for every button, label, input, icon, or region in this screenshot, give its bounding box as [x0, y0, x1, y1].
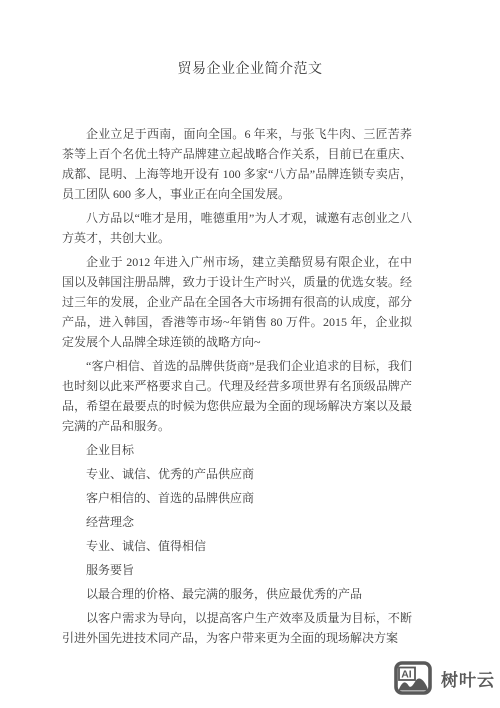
- watermark: AI 树叶云: [394, 661, 495, 695]
- paragraph-customer-orientation: 以客户需求为导向，以提高客户生产效率及质量为目标，不断引进外国先进技术同产品，为…: [62, 608, 412, 648]
- paragraph-goal-item-1: 专业、诚信、优秀的产品供应商: [62, 464, 412, 484]
- paragraph-company-intro: 企业立足于西南，面向全国。6 年来，与张飞牛肉、三匠苦荞茶等上百个名优土特产品牌…: [62, 124, 412, 204]
- paragraph-market-history: 企业于 2012 年进入广州市场，建立美酷贸易有限企业，在中国以及韩国注册品牌，…: [62, 252, 412, 352]
- paragraph-philosophy-item: 专业、诚信、值得相信: [62, 536, 412, 556]
- document-page: 贸易企业企业简介范文 企业立足于西南，面向全国。6 年来，与张飞牛肉、三匠苦荞茶…: [0, 0, 500, 708]
- document-body: 企业立足于西南，面向全国。6 年来，与张飞牛肉、三匠苦荞茶等上百个名优土特产品牌…: [62, 124, 412, 648]
- paragraph-service-item: 以最合理的价格、最完满的服务，供应最优秀的产品: [62, 584, 412, 604]
- paragraph-talent-view: 八方品以“唯才是用，唯德重用”为人才观，诚邀有志创业之八方英才，共创大业。: [62, 208, 412, 248]
- ai-image-logo-icon: AI: [394, 661, 432, 695]
- logo-ai-label: AI: [401, 669, 412, 681]
- watermark-brand-text: 树叶云: [441, 666, 495, 691]
- paragraph-goal-item-2: 客户相信的、首选的品牌供应商: [62, 488, 412, 508]
- paragraph-goal-statement: “客户相信、首选的品牌供货商”是我们企业追求的目标，我们也时刻以此来严格要求自己…: [62, 356, 412, 436]
- document-title: 贸易企业企业简介范文: [0, 0, 500, 78]
- paragraph-section-business-philosophy: 经营理念: [62, 512, 412, 532]
- paragraph-section-company-goal: 企业目标: [62, 440, 412, 460]
- paragraph-section-service-purpose: 服务要旨: [62, 560, 412, 580]
